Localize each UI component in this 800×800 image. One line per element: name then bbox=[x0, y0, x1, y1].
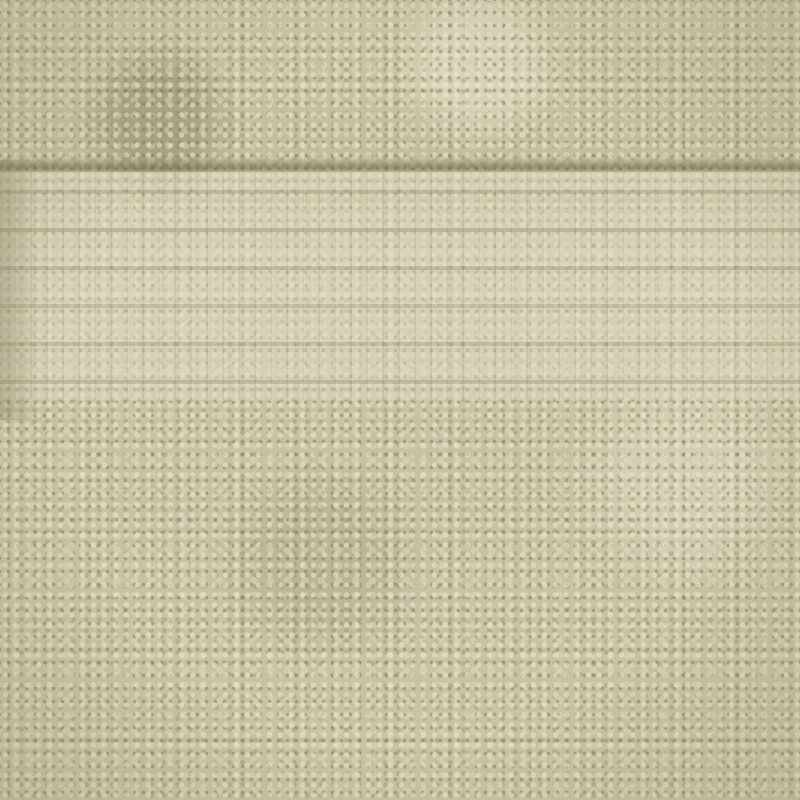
vignette bbox=[0, 0, 800, 800]
carpet-photo: close-up of beige looped carpet texture bbox=[0, 0, 800, 800]
